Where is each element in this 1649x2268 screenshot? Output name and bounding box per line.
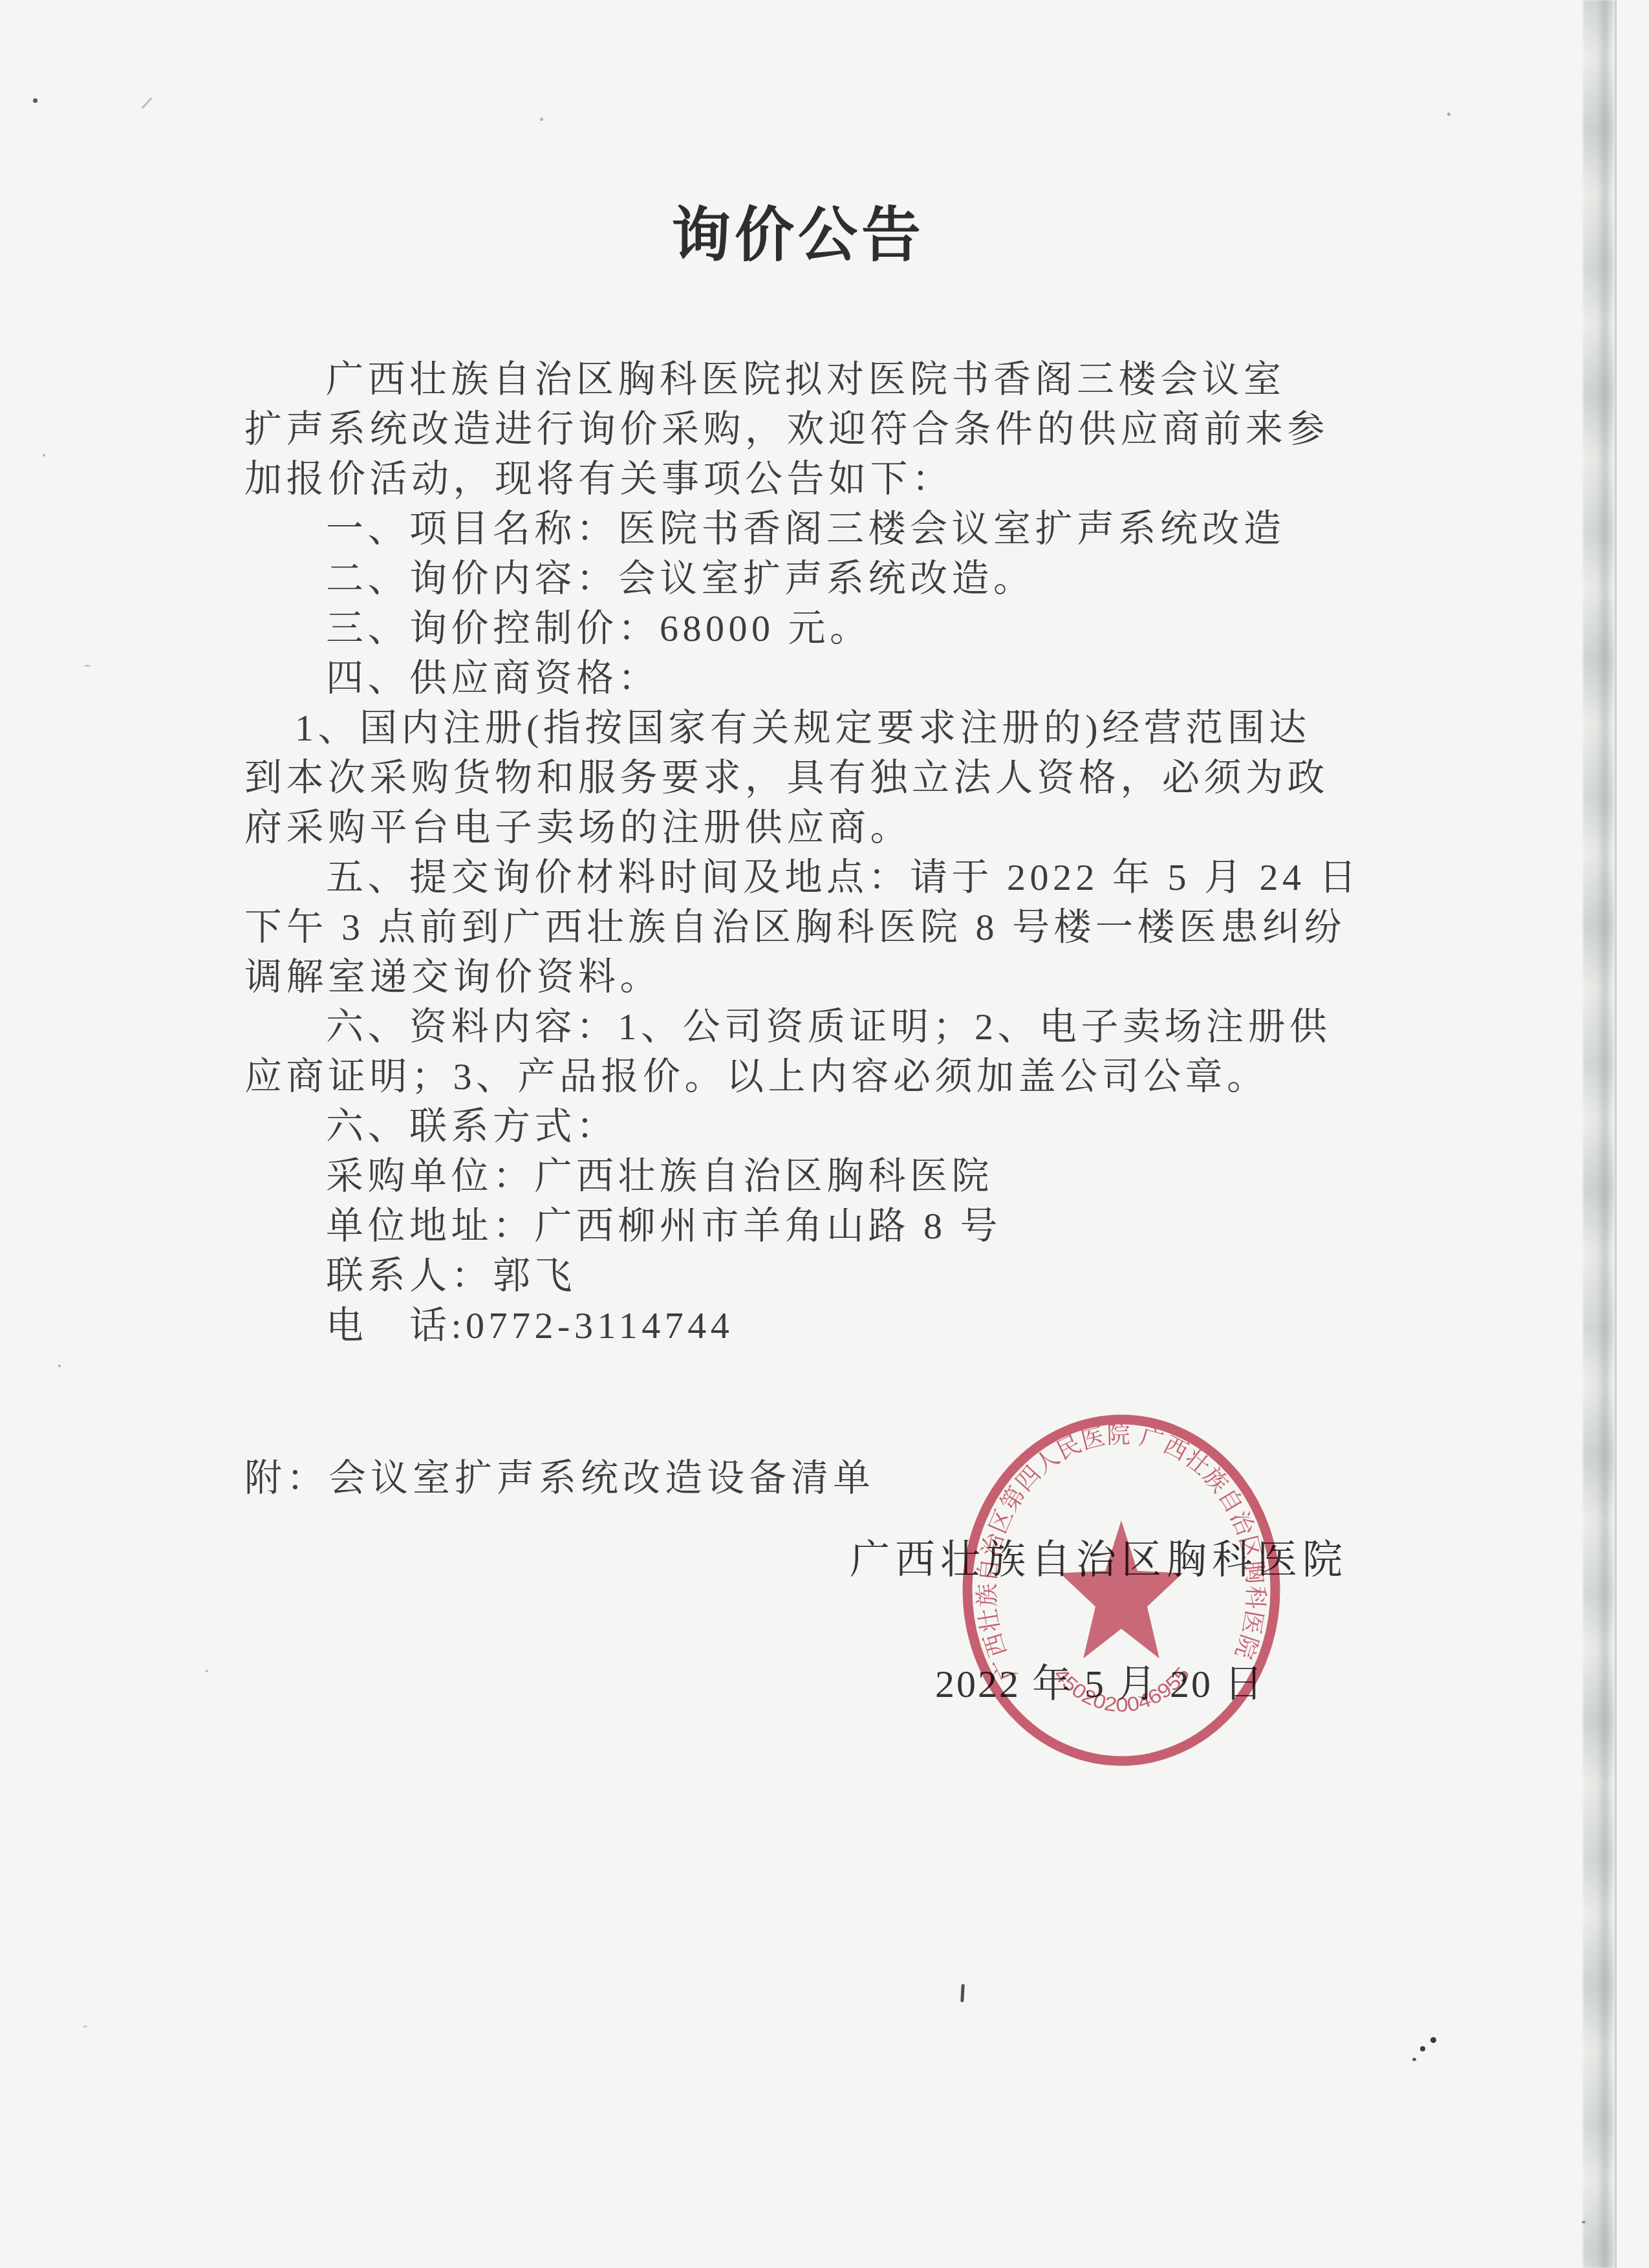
scan-speck: [1412, 2058, 1416, 2061]
scan-speck: [83, 2025, 87, 2027]
scan-speck: [58, 1365, 61, 1367]
stamp-star-icon: [1060, 1520, 1183, 1658]
body-line: 四、供应商资格：: [244, 653, 1383, 703]
stamp-graphic: 广西壮族自治区第四人民医院 广西壮族自治区胸科医院 4502020046955: [958, 1411, 1285, 1773]
scanner-streak-edge: [1615, 0, 1617, 2268]
attachment-note: 附：会议室扩声系统改造设备清单: [244, 1447, 875, 1502]
scan-speck: [1582, 2221, 1586, 2223]
body-line: 应商证明；3、产品报价。以上内容必须加盖公司公章。: [244, 1052, 1383, 1101]
stamp-serial: 4502020046955: [1050, 1663, 1194, 1716]
body-line: 六、资料内容：1、公司资质证明；2、电子卖场注册供: [244, 1002, 1383, 1052]
body-line: 广西壮族自治区胸科医院拟对医院书香阁三楼会议室: [244, 354, 1383, 404]
body-line: 三、询价控制价：68000 元。: [244, 603, 1383, 653]
body-line: 到本次采购货物和服务要求，具有独立法人资格，必须为政: [244, 753, 1383, 803]
body-line: 五、提交询价材料时间及地点：请于 2022 年 5 月 24 日: [244, 852, 1383, 902]
scanned-document-page: 询价公告 广西壮族自治区胸科医院拟对医院书香阁三楼会议室 扩声系统改造进行询价采…: [0, 0, 1649, 2268]
body-line: 扩声系统改造进行询价采购，欢迎符合条件的供应商前来参: [244, 404, 1383, 454]
body-line: 下午 3 点前到广西壮族自治区胸科医院 8 号楼一楼医患纠纷: [244, 902, 1383, 952]
body-line: 调解室递交询价资料。: [244, 952, 1383, 1002]
scan-speck: [540, 118, 543, 121]
scan-speck: [142, 97, 153, 109]
scan-speck: [206, 1670, 208, 1672]
scan-speck: [1420, 2046, 1425, 2051]
official-stamp: 广西壮族自治区第四人民医院 广西壮族自治区胸科医院 4502020046955: [958, 1411, 1285, 1773]
scan-speck: [84, 665, 91, 667]
scan-speck: [33, 98, 38, 103]
svg-text:4502020046955: 4502020046955: [1050, 1663, 1194, 1716]
scan-speck: [960, 1984, 964, 2002]
scan-speck: [1447, 113, 1450, 116]
body-line: 1、国内注册(指按国家有关规定要求注册的)经营范围达: [244, 703, 1383, 753]
body-line: 六、联系方式：: [244, 1101, 1383, 1151]
body-line: 单位地址：广西柳州市羊角山路 8 号: [244, 1201, 1383, 1251]
scanner-streak: [1583, 0, 1614, 2268]
body-line: 加报价活动，现将有关事项公告如下：: [244, 454, 1383, 504]
body-line: 采购单位：广西壮族自治区胸科医院: [244, 1151, 1383, 1201]
body-line: 府采购平台电子卖场的注册供应商。: [244, 803, 1383, 852]
scan-speck: [43, 454, 45, 457]
body-line: 联系人：郭飞: [244, 1251, 1383, 1301]
document-body: 广西壮族自治区胸科医院拟对医院书香阁三楼会议室 扩声系统改造进行询价采购，欢迎符…: [244, 354, 1383, 1350]
scan-speck: [1430, 2037, 1436, 2043]
page-title: 询价公告: [244, 188, 1352, 273]
body-line: 一、项目名称：医院书香阁三楼会议室扩声系统改造: [244, 504, 1383, 554]
body-line: 电 话:0772-3114744: [244, 1301, 1383, 1350]
body-line: 二、询价内容：会议室扩声系统改造。: [244, 554, 1383, 603]
